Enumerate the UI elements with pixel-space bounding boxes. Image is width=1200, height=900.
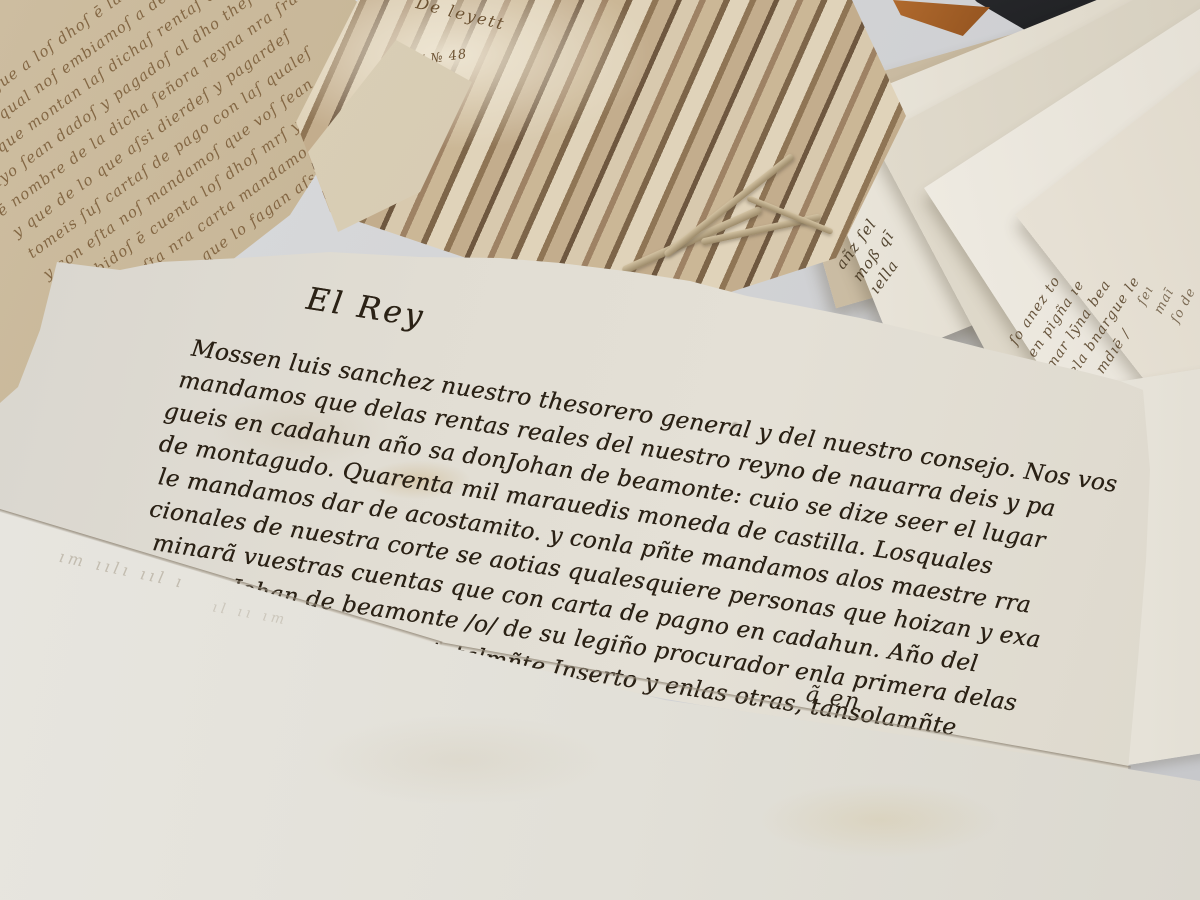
wooden-object-on-desk bbox=[893, 0, 990, 36]
ink-bleedthrough: ıl ıı ım bbox=[211, 599, 289, 628]
archive-photo: zſß aē añz ſel moß qī ıella ſo anez to e… bbox=[0, 0, 1200, 900]
letter-heading: El Rey bbox=[304, 281, 428, 335]
